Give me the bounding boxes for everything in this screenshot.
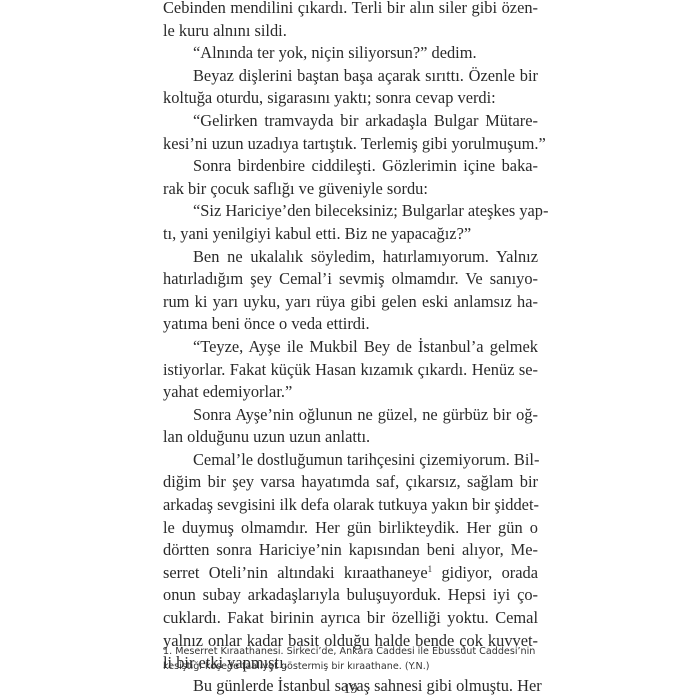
text-line: lan olduğunu uzun uzun anlattı.: [163, 426, 538, 449]
text-line: cuklardı. Fakat birinin ayrıca bir özell…: [163, 607, 538, 630]
footnote-line: 1. Meserret Kıraathanesi. Sirkeci’de, An…: [163, 645, 538, 660]
footnote: 1. Meserret Kıraathanesi. Sirkeci’de, An…: [163, 645, 538, 674]
text-line: dörtten sonra Hariciye’nin kapısından be…: [163, 539, 538, 562]
text-line: yatıma beni önce o veda ettirdi.: [163, 313, 538, 336]
text-line-with-footnote-ref: serret Oteli’nin altındaki kıraathaneye1…: [163, 562, 538, 585]
text-segment: gidiyor, orada: [432, 563, 538, 582]
body-text: Cebinden mendilini çıkardı. Terli bir al…: [163, 0, 538, 697]
text-line: Cemal’le dostluğumun tarihçesini çizemiy…: [163, 449, 538, 472]
text-line: yahat edemiyorlar.”: [163, 381, 538, 404]
footnote-line: kesiştiği köşede faaliyet göstermiş bir …: [163, 660, 538, 675]
text-line: Cebinden mendilini çıkardı. Terli bir al…: [163, 0, 538, 20]
text-line: “Siz Hariciye’den bileceksiniz; Bulgarla…: [163, 200, 538, 223]
text-line: Sonra birdenbire ciddileşti. Gözlerimin …: [163, 155, 538, 178]
page-number: 19: [163, 682, 538, 698]
text-line: “Teyze, Ayşe ile Mukbil Bey de İstanbul’…: [163, 336, 538, 359]
text-line: “Gelirken tramvayda bir arkadaşla Bulgar…: [163, 110, 538, 133]
text-line: kesi’ni uzun uzadıya tartıştık. Terlemiş…: [163, 133, 538, 156]
text-segment: serret Oteli’nin altındaki kıraathaneye: [163, 563, 428, 582]
text-line: arkadaş sevgisini ilk defa olarak tutkuy…: [163, 494, 538, 517]
text-line: onun subay arkadaşlarıyla buluşuyorduk. …: [163, 584, 538, 607]
text-line: diğim bir şey varsa hayatımda saf, çıkar…: [163, 471, 538, 494]
text-line: Sonra Ayşe’nin oğlunun ne güzel, ne gürb…: [163, 404, 538, 427]
text-line: hatırladığım şey Cemal’i sevmiş olmamdır…: [163, 268, 538, 291]
text-line: rum ki yarı uyku, yarı rüya gibi gelen e…: [163, 291, 538, 314]
text-line: Beyaz dişlerini baştan başa açarak sırıt…: [163, 65, 538, 88]
text-line: Ben ne ukalalık söyledim, hatırlamıyorum…: [163, 246, 538, 269]
text-line: istiyorlar. Fakat küçük Hasan kızamık çı…: [163, 359, 538, 382]
book-page: Cebinden mendilini çıkardı. Terli bir al…: [163, 0, 538, 700]
text-line: rak bir çocuk saflığı ve güveniyle sordu…: [163, 178, 538, 201]
text-line: “Alnında ter yok, niçin siliyorsun?” ded…: [163, 42, 538, 65]
text-line: le duymuş olmamdır. Her gün birlikteydik…: [163, 517, 538, 540]
text-line: tı, yani yenilgiyi kabul etti. Biz ne ya…: [163, 223, 538, 246]
text-line: le kuru alnını sildi.: [163, 20, 538, 43]
text-line: koltuğa oturdu, sigarasını yaktı; sonra …: [163, 87, 538, 110]
